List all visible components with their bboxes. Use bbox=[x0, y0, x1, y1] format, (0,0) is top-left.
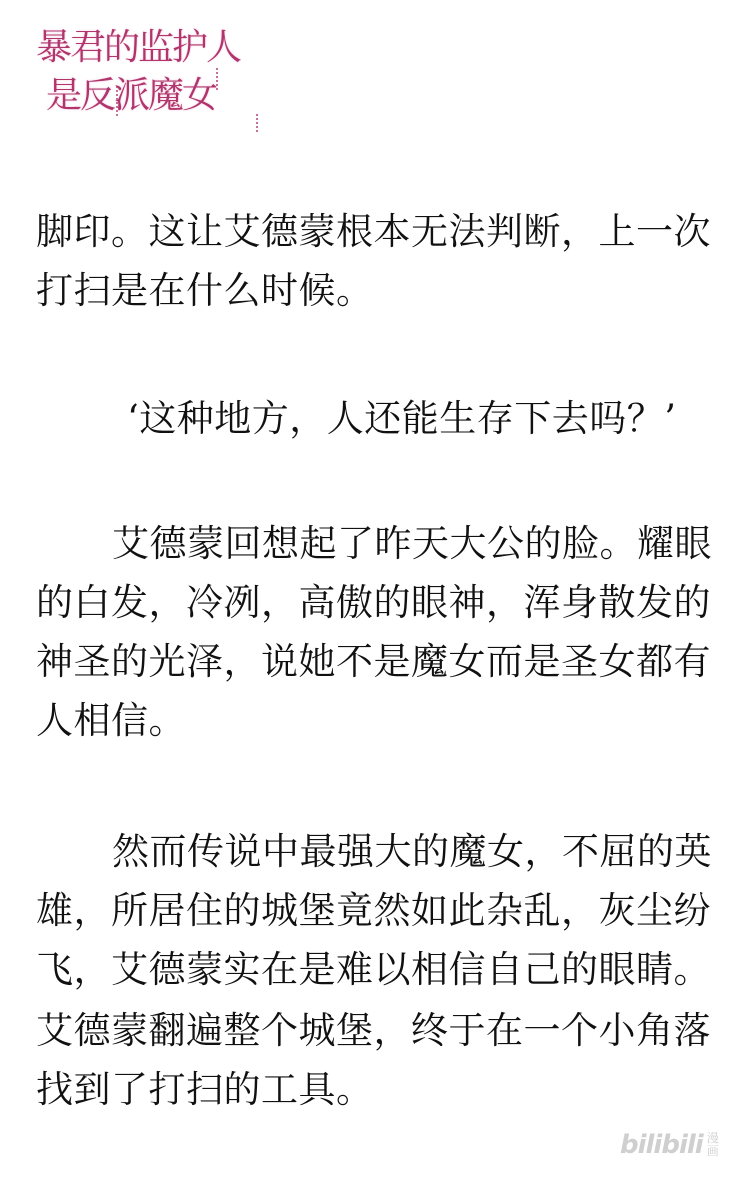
logo-title-line1: 暴君的监护人 bbox=[36, 30, 240, 66]
logo-ornament-dots bbox=[116, 86, 120, 116]
text-line: 神圣的光泽，说她不是魔女而是圣女都有 bbox=[36, 643, 711, 680]
text-line: 然而传说中最强大的魔女，不屈的英 bbox=[112, 833, 712, 870]
bilibili-manga-watermark: bilibili 漫画 bbox=[620, 1130, 721, 1160]
logo-title-line2: 是反派魔女 bbox=[46, 78, 216, 114]
text-line: 飞，艾德蒙实在是难以相信自己的眼睛。 bbox=[36, 951, 711, 988]
quote-line: ‘这种地方，人还能生存下去吗？’ bbox=[127, 400, 677, 437]
watermark-brand: bilibili bbox=[620, 1130, 703, 1160]
text-line: 人相信。 bbox=[36, 702, 186, 739]
text-line: 打扫是在什么时候。 bbox=[36, 272, 374, 309]
logo-ornament-dots bbox=[256, 114, 260, 132]
text-line: 艾德蒙翻遍整个城堡，终于在一个小角落 bbox=[36, 1012, 711, 1049]
text-line: 艾德蒙回想起了昨天大公的脸。耀眼 bbox=[112, 525, 712, 562]
text-line: 找到了打扫的工具。 bbox=[36, 1071, 374, 1108]
text-line: 的白发，冷冽，高傲的眼神，浑身散发的 bbox=[36, 584, 711, 621]
watermark-sub: 漫画 bbox=[707, 1132, 721, 1158]
comic-title-logo: 暴君的监护人 是反派魔女 bbox=[36, 26, 266, 136]
text-line: 脚印。这让艾德蒙根本无法判断，上一次 bbox=[36, 213, 711, 250]
text-line: 雄，所居住的城堡竟然如此杂乱，灰尘纷 bbox=[36, 892, 711, 929]
logo-ornament-dots bbox=[216, 68, 220, 90]
